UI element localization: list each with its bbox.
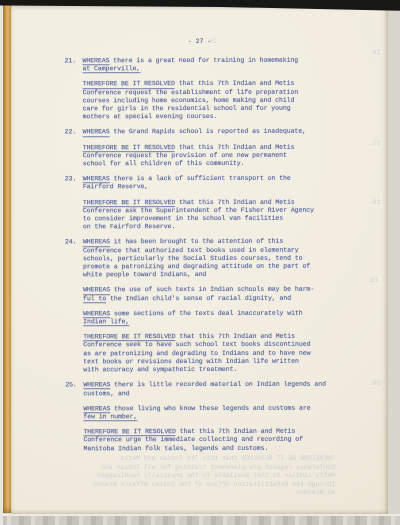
page-stack-edge: [0, 514, 400, 525]
binding-edge: [3, 4, 11, 513]
underlined-phrase: THEREFORE BE IT RESOLVED: [83, 199, 175, 207]
page-number: - 27 -: [11, 38, 388, 46]
clause-text: the use of such texts in Indian schools …: [110, 286, 314, 294]
clause-text: it has been brought to the attention of …: [83, 238, 310, 278]
bleedthrough-line: at Brandon.: [67, 489, 335, 498]
clause-text: the Grand Rapids school is reported as i…: [110, 128, 306, 136]
resolution-list: 21.WHEREAS there is a great need for tra…: [10, 57, 388, 461]
underlined-phrase: ful to: [83, 295, 106, 303]
clause: THEREFORE BE IT RESOLVED that this 7th I…: [83, 80, 388, 122]
underlined-phrase: WHEREAS: [83, 310, 110, 318]
item-number: 24.: [65, 239, 77, 247]
clause-text: there is a lack of sufficient transport …: [83, 175, 291, 191]
document-page: - 27 - 21.WHEREAS there is a great need …: [11, 7, 388, 514]
resolution-item: 23.WHEREAS there is a lack of sufficient…: [11, 175, 388, 232]
resolution-item: 21.WHEREAS there is a great need for tra…: [10, 57, 387, 122]
clause: THEREFORE BE IT RESOLVED that this 7th I…: [83, 428, 388, 453]
clause-text: some sections of the texts deal inaccura…: [110, 310, 303, 318]
clause: THEREFORE BE IT RESOLVED that this 7th I…: [83, 143, 388, 168]
bleedthrough-line: Metis similar to that available to the p…: [67, 472, 335, 481]
clause: WHEREAS there is a great need for traini…: [82, 57, 387, 74]
clause: WHEREAS there is little recorded materia…: [83, 381, 388, 398]
underlined-phrase: WHEREAS: [83, 405, 110, 413]
underlined-phrase: WHEREAS: [83, 239, 110, 247]
scanned-document: - 27 - 21.WHEREAS there is a great need …: [0, 0, 400, 525]
underlined-phrase: at Camperville,: [82, 65, 140, 73]
underlined-phrase: WHEREAS: [83, 129, 110, 137]
underlined-phrase: few in number,: [83, 413, 137, 421]
underlined-phrase: WHEREAS: [83, 287, 110, 295]
resolution-item: 22.WHEREAS the Grand Rapids school is re…: [11, 128, 388, 169]
resolution-item: 25.WHEREAS there is little recorded mate…: [11, 381, 388, 453]
clause-text: there is little recorded material on Ind…: [83, 381, 326, 397]
item-number: 23.: [65, 176, 77, 184]
underlined-phrase: WHEREAS: [83, 382, 110, 390]
bleedthrough-line: through the Rehabilitation Office of the…: [67, 481, 335, 490]
underlined-phrase: THEREFORE BE IT RESOLVED: [83, 80, 175, 88]
bleedthrough-line: Conference request pre-placement trainin…: [67, 464, 335, 473]
item-number: 22.: [65, 129, 77, 137]
underlined-phrase: Indian life,: [83, 318, 129, 326]
clause: WHEREAS the Grand Rapids school is repor…: [83, 128, 388, 137]
item-number: 21.: [64, 57, 76, 65]
underlined-phrase: THEREFORE BE IT RESOLVED: [83, 144, 175, 152]
clause-text: there is a great need for training in ho…: [109, 57, 298, 64]
clause: WHEREAS the use of such texts in Indian …: [83, 286, 388, 303]
clause: WHEREAS some sections of the texts deal …: [83, 309, 388, 326]
clause: WHEREAS it has been brought to the atten…: [83, 238, 388, 280]
clause: THEREFORE BE IT RESOLVED that this 7th I…: [83, 198, 388, 232]
clause: WHEREAS those living who know these lege…: [83, 404, 388, 421]
clause-text: those living who know these legends and …: [110, 404, 310, 412]
clause: WHEREAS there is a lack of sufficient tr…: [83, 175, 388, 192]
bleedthrough-paragraph: THEREFORE BE IT RESOLVED that this 7th I…: [67, 455, 335, 498]
item-number: 25.: [65, 382, 77, 390]
clause: THEREFORE BE IT RESOLVED that this 7th I…: [83, 333, 388, 375]
resolution-item: 24.WHEREAS it has been brought to the at…: [11, 238, 388, 375]
clause-text: the Indian child's sense of racial digni…: [106, 294, 291, 301]
